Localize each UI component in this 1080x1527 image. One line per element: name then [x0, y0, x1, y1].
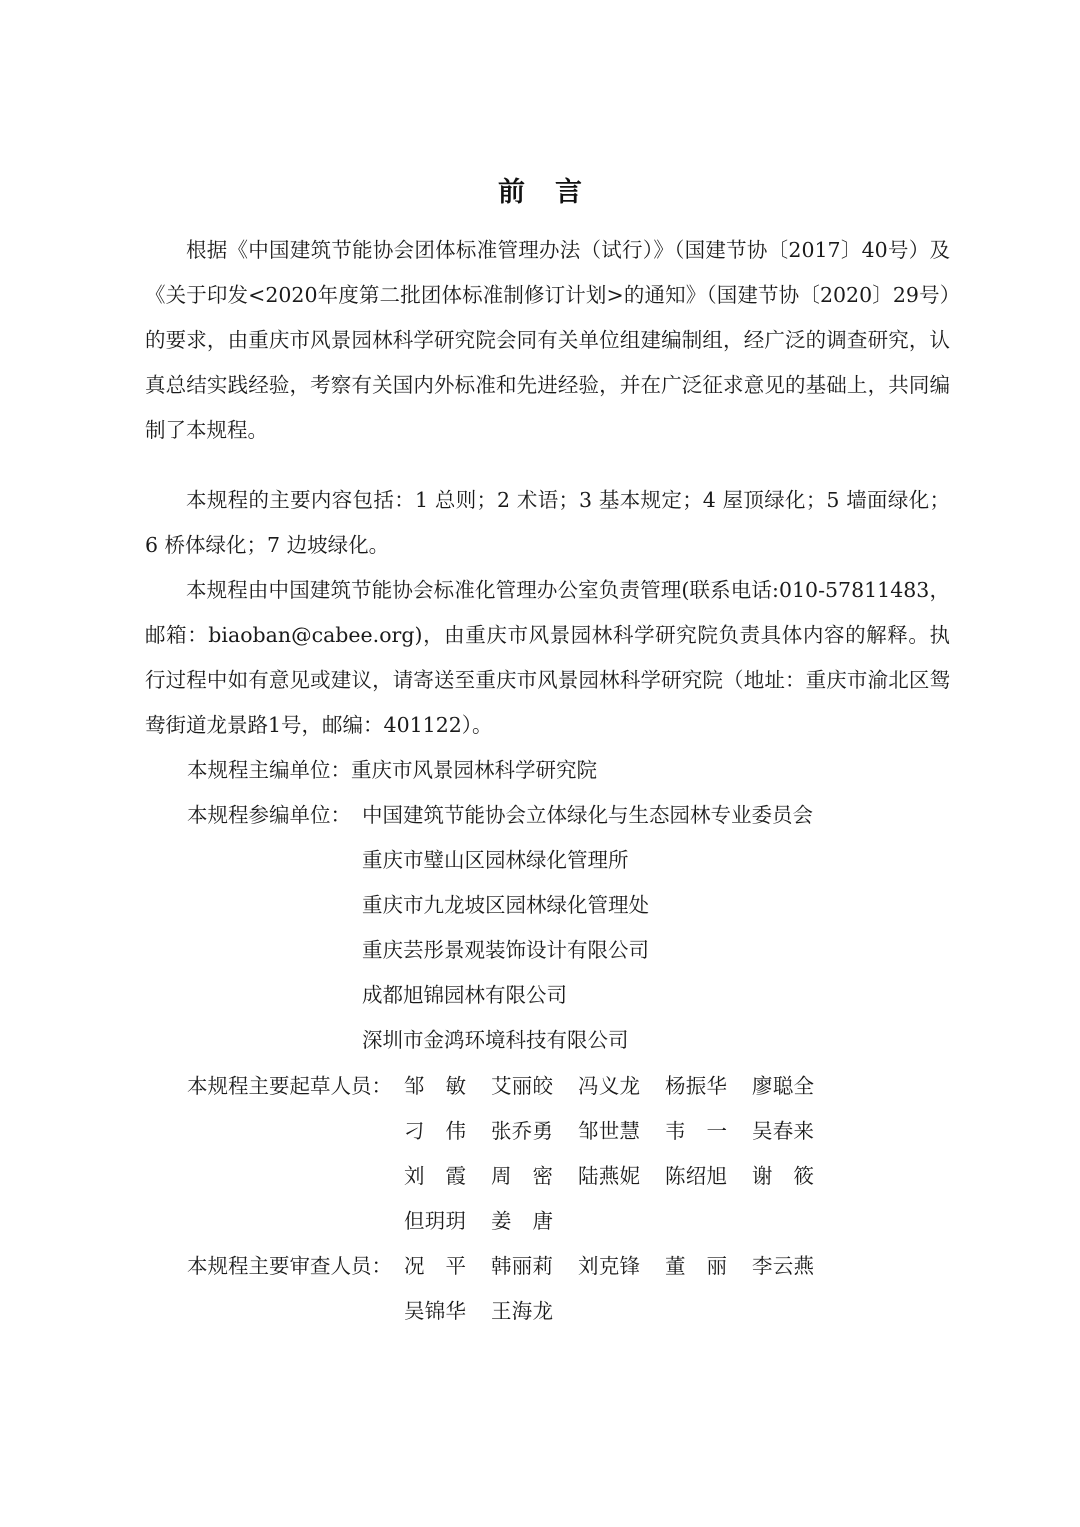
person-name: 陆燕妮: [578, 1154, 640, 1199]
drafters-row: 邹敏艾丽皎冯义龙杨振华廖聪全: [404, 1064, 839, 1109]
person-name: 吴春来: [752, 1109, 814, 1154]
chief-editor-label: 本规程主编单位：: [187, 748, 351, 793]
participating-unit: 中国建筑节能协会立体绿化与生态园林专业委员会: [362, 793, 813, 838]
person-name: 董丽: [665, 1244, 727, 1289]
paragraph-text: 本规程由中国建筑节能协会标准化管理办公室负责管理(联系电话:010-578114…: [145, 568, 950, 748]
drafters-label: 本规程主要起草人员：: [187, 1064, 392, 1109]
paragraph-management: 本规程由中国建筑节能协会标准化管理办公室负责管理(联系电话:010-578114…: [145, 568, 950, 748]
person-name: 周密: [491, 1154, 553, 1199]
document-page: 前言 根据《中国建筑节能协会团体标准管理办法（试行）》（国建节协〔2017〕40…: [0, 0, 1080, 1527]
participating-units-label: 本规程参编单位：: [187, 793, 351, 838]
person-name: 刘克锋: [578, 1244, 640, 1289]
participating-unit: 重庆市九龙坡区园林绿化管理处: [362, 883, 813, 928]
person-name: 姜唐: [491, 1199, 553, 1244]
person-name: 陈绍旭: [665, 1154, 727, 1199]
chief-editor-row: 本规程主编单位：重庆市风景园林科学研究院: [187, 748, 597, 793]
participating-unit: 重庆芸彤景观装饰设计有限公司: [362, 928, 813, 973]
reviewers-row: 况平韩丽莉刘克锋董丽李云燕: [404, 1244, 839, 1289]
participating-units-list: 中国建筑节能协会立体绿化与生态园林专业委员会 重庆市璧山区园林绿化管理所 重庆市…: [362, 793, 813, 1063]
participating-unit: 深圳市金鸿环境科技有限公司: [362, 1018, 813, 1063]
paragraph-contents: 本规程的主要内容包括：1 总则；2 术语；3 基本规定；4 屋顶绿化；5 墙面绿…: [145, 478, 950, 568]
paragraph-basis: 根据《中国建筑节能协会团体标准管理办法（试行）》（国建节协〔2017〕40号）及…: [145, 228, 950, 453]
person-name: 廖聪全: [752, 1064, 814, 1109]
person-name: 邹世慧: [578, 1109, 640, 1154]
participating-unit: 成都旭锦园林有限公司: [362, 973, 813, 1018]
drafters-row: 刁伟张乔勇邹世慧韦一吴春来: [404, 1109, 839, 1154]
person-name: 但玥玥: [404, 1199, 466, 1244]
chief-editor-unit: 重庆市风景园林科学研究院: [351, 758, 597, 782]
drafters-label-row: 本规程主要起草人员：: [187, 1064, 392, 1109]
reviewers-list: 况平韩丽莉刘克锋董丽李云燕 吴锦华王海龙: [404, 1244, 839, 1334]
person-name: 谢筱: [752, 1154, 814, 1199]
person-name: 韩丽莉: [491, 1244, 553, 1289]
paragraph-text: 根据《中国建筑节能协会团体标准管理办法（试行）》（国建节协〔2017〕40号）及…: [145, 228, 950, 453]
drafters-list: 邹敏艾丽皎冯义龙杨振华廖聪全 刁伟张乔勇邹世慧韦一吴春来 刘霞周密陆燕妮陈绍旭谢…: [404, 1064, 839, 1244]
drafters-row: 但玥玥姜唐: [404, 1199, 839, 1244]
participating-units-label-row: 本规程参编单位：: [187, 793, 351, 838]
person-name: 李云燕: [752, 1244, 814, 1289]
reviewers-label: 本规程主要审查人员：: [187, 1244, 392, 1289]
person-name: 张乔勇: [491, 1109, 553, 1154]
participating-unit: 重庆市璧山区园林绿化管理所: [362, 838, 813, 883]
paragraph-text: 本规程的主要内容包括：1 总则；2 术语；3 基本规定；4 屋顶绿化；5 墙面绿…: [145, 478, 950, 568]
person-name: 韦一: [665, 1109, 727, 1154]
person-name: 艾丽皎: [491, 1064, 553, 1109]
person-name: 况平: [404, 1244, 466, 1289]
person-name: 刘霞: [404, 1154, 466, 1199]
person-name: 冯义龙: [578, 1064, 640, 1109]
person-name: 刁伟: [404, 1109, 466, 1154]
person-name: 吴锦华: [404, 1289, 466, 1334]
page-title: 前言: [0, 170, 1080, 209]
drafters-row: 刘霞周密陆燕妮陈绍旭谢筱: [404, 1154, 839, 1199]
person-name: 杨振华: [665, 1064, 727, 1109]
person-name: 王海龙: [491, 1289, 553, 1334]
reviewers-label-row: 本规程主要审查人员：: [187, 1244, 392, 1289]
reviewers-row: 吴锦华王海龙: [404, 1289, 839, 1334]
person-name: 邹敏: [404, 1064, 466, 1109]
